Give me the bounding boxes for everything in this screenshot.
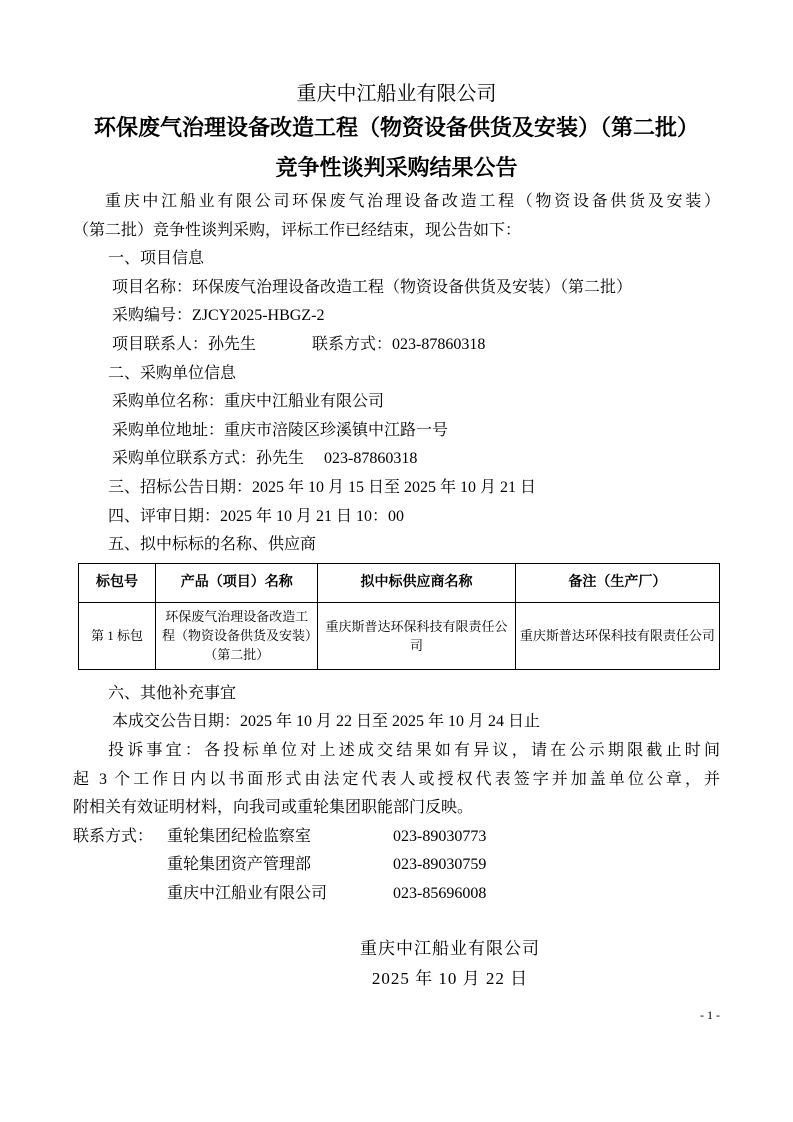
company-title: 重庆中江船业有限公司 — [73, 80, 720, 108]
header-product-name: 产品（项目）名称 — [156, 563, 318, 602]
signature-date: 2025 年 10 月 22 日 — [300, 964, 600, 994]
contact-org: 重庆中江船业有限公司 — [167, 880, 393, 909]
contact-org: 重轮集团纪检监察室 — [167, 823, 393, 852]
section-1-heading: 一、项目信息 — [73, 245, 720, 274]
cell-winning-supplier: 重庆斯普达环保科技有限责任公司 — [318, 602, 515, 669]
contact-row: 联系方式： 重轮集团纪检监察室 023-89030773 — [73, 823, 720, 852]
unit-contact-phone: 023-87860318 — [324, 445, 417, 474]
project-name-line: 项目名称：环保废气治理设备改造工程（物资设备供货及安装）（第二批） — [73, 274, 720, 303]
unit-contact-line: 采购单位联系方式：孙先生 023-87860318 — [73, 445, 720, 474]
header-remark-manufacturer: 备注（生产厂） — [515, 563, 719, 602]
unit-address-line: 采购单位地址：重庆市涪陵区珍溪镇中江路一号 — [73, 417, 720, 446]
signature-block: 重庆中江船业有限公司 2025 年 10 月 22 日 — [300, 934, 600, 994]
cell-remark-manufacturer: 重庆斯普达环保科技有限责任公司 — [515, 602, 719, 669]
complaint-line-2: 起 3 个工作日内以书面形式由法定代表人或授权代表签字并加盖单位公章，并 — [73, 766, 720, 795]
project-contact-line: 项目联系人：孙先生 联系方式：023-87860318 — [73, 331, 720, 360]
header-package-number: 标包号 — [79, 563, 156, 602]
cell-package-number: 第 1 标包 — [79, 602, 156, 669]
contact-row: 重庆中江船业有限公司 023-85696008 — [73, 880, 720, 909]
project-contact-method: 联系方式：023-87860318 — [312, 331, 485, 360]
contact-phone: 023-85696008 — [393, 880, 486, 909]
complaint-line-3: 附相关有效证明材料，向我司或重轮集团职能部门反映。 — [73, 794, 720, 823]
procurement-number-line: 采购编号：ZJCY2025-HBGZ-2 — [73, 302, 720, 331]
cell-product-name: 环保废气治理设备改造工程（物资设备供货及安装）（第二批） — [156, 602, 318, 669]
award-results-table: 标包号 产品（项目）名称 拟中标供应商名称 备注（生产厂） 第 1 标包 环保废… — [78, 563, 720, 670]
section-6-heading: 六、其他补充事宜 — [73, 680, 720, 709]
document-title-line-2: 竞争性谈判采购结果公告 — [73, 148, 720, 188]
table-header-row: 标包号 产品（项目）名称 拟中标供应商名称 备注（生产厂） — [79, 563, 720, 602]
intro-line-1: 重庆中江船业有限公司环保废气治理设备改造工程（物资设备供货及安装） — [73, 188, 720, 217]
section-3-line: 三、招标公告日期：2025 年 10 月 15 日至 2025 年 10 月 2… — [73, 474, 720, 503]
contacts-label: 联系方式： — [73, 823, 167, 852]
section-4-line: 四、评审日期：2025 年 10 月 21 日 10：00 — [73, 503, 720, 532]
project-contact-person: 项目联系人：孙先生 — [112, 331, 256, 360]
contact-phone: 023-89030773 — [393, 823, 486, 852]
contact-phone: 023-89030759 — [393, 851, 486, 880]
document-title-line-1: 环保废气治理设备改造工程（物资设备供货及安装）（第二批） — [73, 108, 720, 148]
page-number: - 1 - — [73, 1008, 720, 1022]
section-5-heading: 五、拟中标标的名称、供应商 — [73, 531, 720, 560]
contact-org: 重轮集团资产管理部 — [167, 851, 393, 880]
document-page: 重庆中江船业有限公司 环保废气治理设备改造工程（物资设备供货及安装）（第二批） … — [0, 0, 793, 1122]
unit-name-line: 采购单位名称：重庆中江船业有限公司 — [73, 388, 720, 417]
table-row: 第 1 标包 环保废气治理设备改造工程（物资设备供货及安装）（第二批） 重庆斯普… — [79, 602, 720, 669]
header-winning-supplier: 拟中标供应商名称 — [318, 563, 515, 602]
section-2-heading: 二、采购单位信息 — [73, 360, 720, 389]
complaint-line-1: 投诉事宜：各投标单位对上述成交结果如有异议，请在公示期限截止时间 — [73, 737, 720, 766]
unit-contact-person: 采购单位联系方式：孙先生 — [112, 445, 304, 474]
award-announcement-date-line: 本成交公告日期：2025 年 10 月 22 日至 2025 年 10 月 24… — [73, 708, 720, 737]
contact-row: 重轮集团资产管理部 023-89030759 — [73, 851, 720, 880]
signature-company: 重庆中江船业有限公司 — [300, 934, 600, 964]
intro-line-2: （第二批）竞争性谈判采购，评标工作已经结束，现公告如下： — [73, 217, 720, 246]
